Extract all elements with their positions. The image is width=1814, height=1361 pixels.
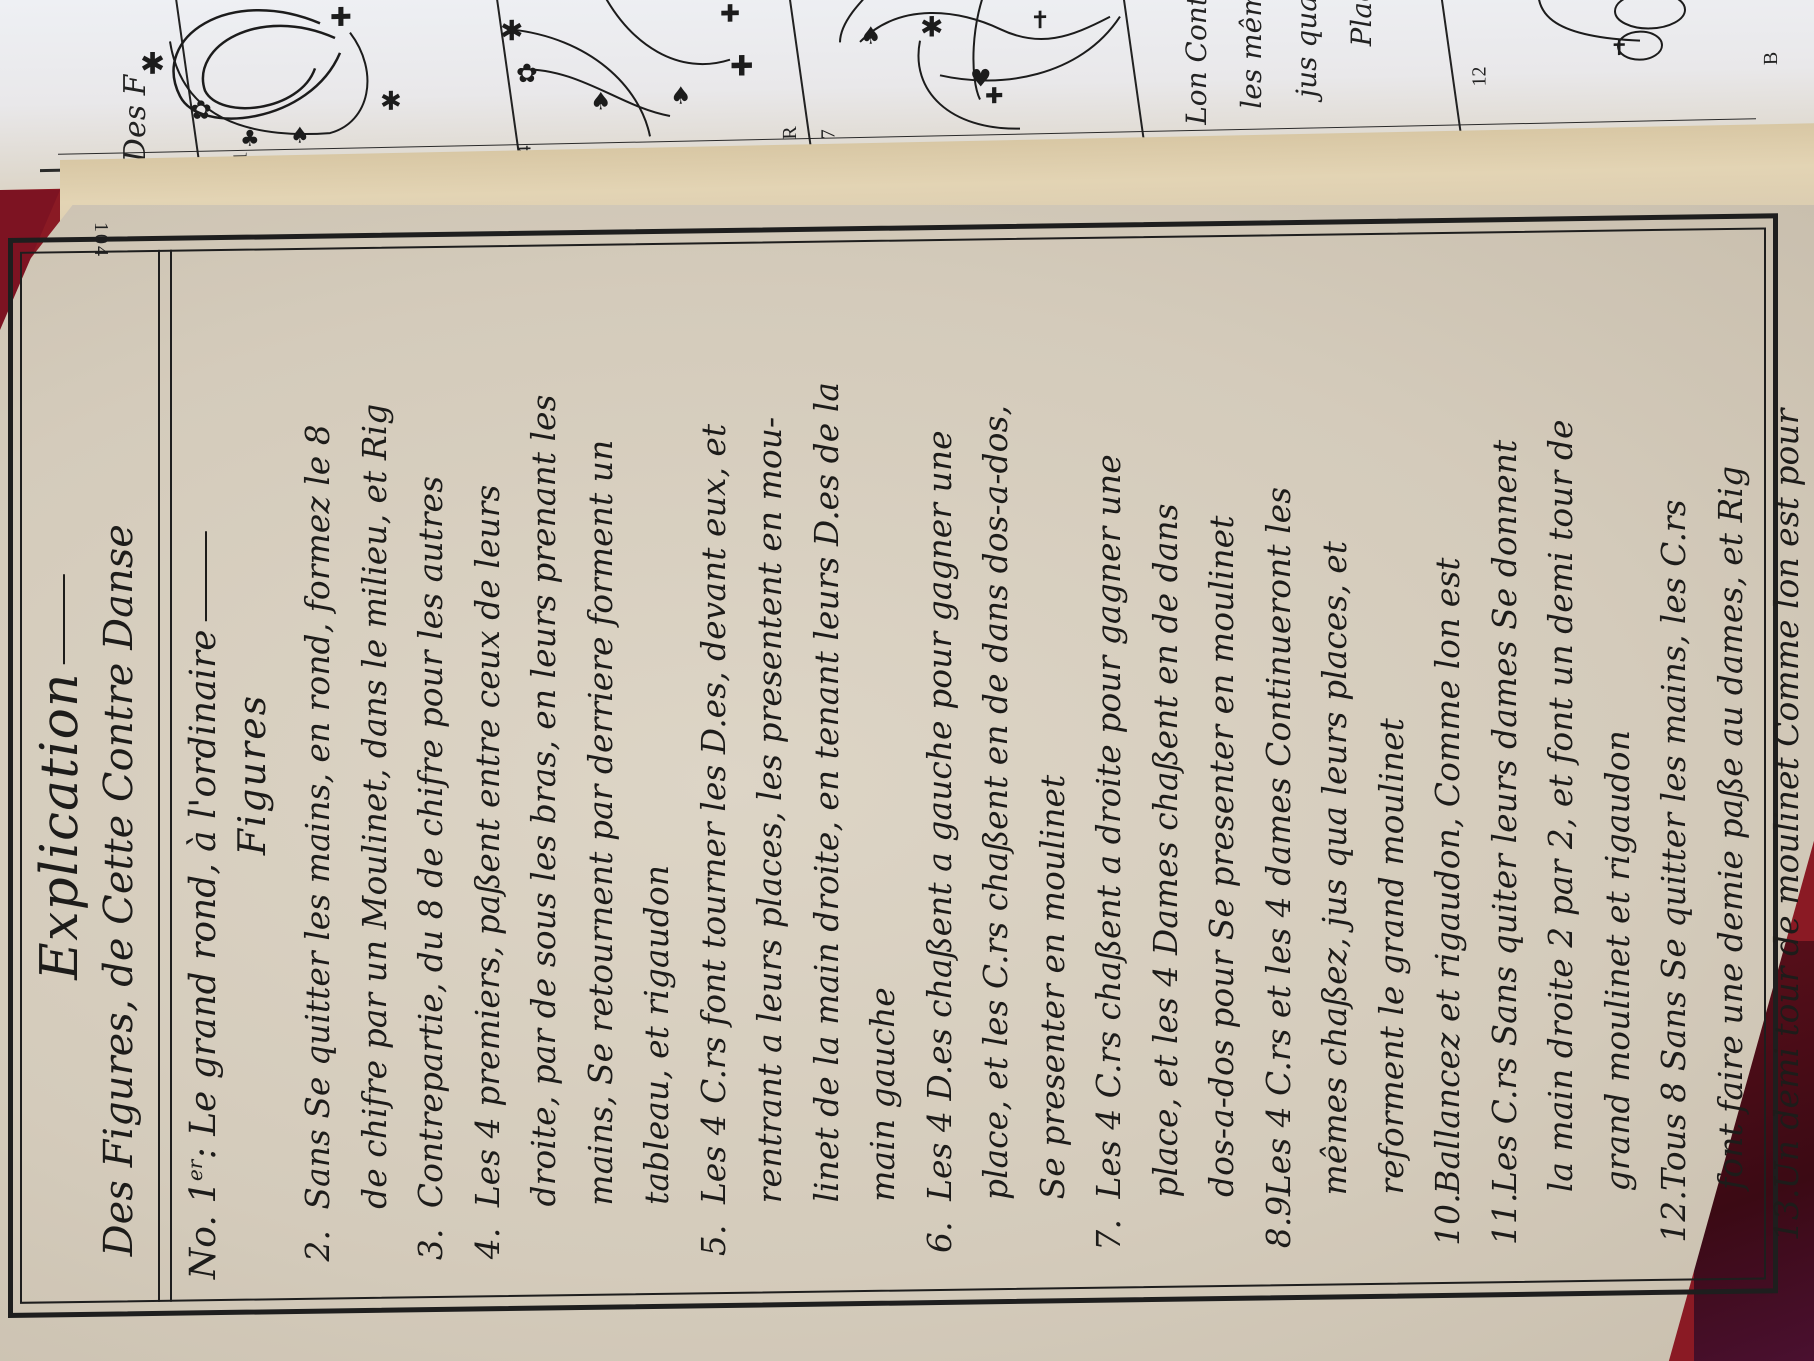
- dancer-heart-icon: ♠: [290, 124, 310, 149]
- page-content-rotated: Explication Des Figures, de Cette Contre…: [8, 213, 1798, 1318]
- dancer-cross-icon: ✚: [720, 0, 740, 28]
- figure-line: place, et les 4 Dames chaßent en de dans: [1138, 239, 1195, 1250]
- dancer-heart-icon: ♣: [240, 127, 260, 152]
- figure-line: 8.9.Les 4 C.rs et les 4 dames Continuero…: [1251, 238, 1308, 1249]
- figure-number: 6.: [912, 1201, 968, 1254]
- dancer-cross-icon: ✚: [330, 3, 352, 33]
- figure-line: reforment le grand moulinet: [1364, 236, 1421, 1247]
- figure-text: Un demi tour de moulinet Comme lon est p…: [1767, 408, 1806, 1189]
- figure-text: grand moulinet et rigaudon: [1598, 730, 1637, 1192]
- figure-line: 5.Les 4 C.rs font tourner les D.es, deva…: [686, 246, 743, 1257]
- figure-text: tableau, et rigaudon: [637, 865, 676, 1206]
- figure-text: Les 4 D.es chaßent a gauche pour gagner …: [920, 430, 959, 1201]
- intro-line: No. 1er: Le grand rond, à l'ordinaire: [183, 531, 224, 1279]
- dancer-cross-icon: ✝: [1030, 6, 1050, 34]
- figure-number: 12.: [1646, 1190, 1702, 1243]
- foldout-text-fragment: Lon Cont: [1180, 0, 1213, 125]
- figures-heading: Figures: [230, 234, 274, 1315]
- figure-number: 4.: [460, 1207, 516, 1260]
- foldout-text-fragment: les même: [1235, 0, 1268, 109]
- figure-line: mêmes chaßez, jus qua leurs places, et: [1307, 237, 1364, 1248]
- figure-text: Ballancez et rigaudon, Comme lon est: [1428, 557, 1467, 1194]
- figure-text: place, et les 4 Dames chaßent en de dans: [1146, 503, 1185, 1198]
- figure-line: 13.Un demi tour de moulinet Comme lon es…: [1759, 231, 1814, 1242]
- dancer-heart-icon: ♠: [590, 87, 612, 115]
- figure-text: mêmes chaßez, jus qua leurs places, et: [1315, 541, 1354, 1196]
- figure-text: linet de la main droite, en tenant leurs…: [807, 382, 846, 1203]
- figure-line: grand moulinet et rigaudon: [1590, 233, 1647, 1244]
- figure-text: Les 4 premiers, paßent entre ceux de leu…: [468, 484, 507, 1207]
- figure-line: mains, Se retournent par derriere formen…: [573, 247, 630, 1258]
- figure-text: la main droite 2 par 2, et font un demi …: [1541, 419, 1580, 1192]
- panel-label-12: 12: [1469, 66, 1492, 86]
- figure-text: mains, Se retournent par derriere formen…: [581, 440, 620, 1206]
- title-separator: [158, 250, 172, 1302]
- figure-line: la main droite 2 par 2, et font un demi …: [1533, 234, 1590, 1245]
- figure-number: 2.: [290, 1209, 346, 1262]
- figure-line: 11.Les C.rs Sans quiter leurs dames Se d…: [1477, 235, 1534, 1246]
- dancer-heart-icon: ♠: [670, 82, 692, 110]
- foldout-text-fragment: Plac: [1345, 0, 1378, 47]
- figure-line: 12.Tous 8 Sans Se quitter les mains, les…: [1646, 232, 1703, 1243]
- figure-line: de chifre par un Moulinet, dans le milie…: [347, 250, 404, 1261]
- figure-text: Les 4 C.rs et les 4 dames Continueront l…: [1259, 487, 1298, 1197]
- figure-number: 11.: [1477, 1193, 1533, 1246]
- figure-line: droite, par de sous les bras, en leurs p…: [516, 248, 573, 1259]
- dancer-heart-icon: ♠: [860, 22, 882, 50]
- foldout-text-fragment: jus qua: [1290, 0, 1323, 98]
- figure-line: 2.Sans Se quitter les mains, en rond, fo…: [290, 251, 347, 1262]
- figure-line: 4.Les 4 premiers, paßent entre ceux de l…: [460, 249, 517, 1260]
- figure-text: font faire une demie paße au dames, et R…: [1711, 466, 1750, 1191]
- dancer-star-icon: ✱: [380, 87, 402, 117]
- figure-text: Les 4 C.rs chaßent a droite pour gagner …: [1089, 454, 1128, 1199]
- dancer-cross-icon: ✚: [985, 84, 1003, 109]
- figure-text: main gauche: [863, 987, 902, 1202]
- figure-line: main gauche: [855, 243, 912, 1254]
- figure-diagram-crossing: [500, 0, 820, 160]
- figure-text: Se presenter en moulinet: [1033, 774, 1072, 1199]
- figure-number: 5.: [686, 1204, 742, 1257]
- figure-line: 7.Les 4 C.rs chaßent a droite pour gagne…: [1081, 240, 1138, 1251]
- dancer-cross-icon: ✝: [1610, 36, 1628, 61]
- figures-list: 2.Sans Se quitter les mains, en rond, fo…: [290, 228, 1814, 1262]
- figure-line: Se presenter en moulinet: [1025, 241, 1082, 1252]
- figure-number: 3.: [403, 1208, 459, 1261]
- dancer-flower-icon: ✿: [190, 96, 212, 126]
- dancer-star-icon: ✱: [500, 14, 523, 47]
- figure-number: 10.: [1420, 1194, 1476, 1247]
- figure-line: linet de la main droite, en tenant leurs…: [799, 244, 856, 1255]
- figure-line: rentrant a leurs places, les presentent …: [742, 245, 799, 1256]
- page-title: Explication: [30, 237, 90, 1318]
- page-subtitle: Des Figures, de Cette Contre Danse: [96, 524, 142, 1257]
- figure-text: Les 4 C.rs font tourner les D.es, devant…: [694, 424, 733, 1205]
- figure-text: droite, par de sous les bras, en leurs p…: [524, 394, 563, 1207]
- figure-text: place, et les C.rs chaßent en de dans do…: [976, 405, 1015, 1201]
- figure-text: dos-a-dos pour Se presenter en moulinet: [1202, 515, 1241, 1197]
- figure-text: Tous 8 Sans Se quitter les mains, les C.…: [1654, 499, 1693, 1191]
- dancer-flower-icon: ✿: [516, 59, 538, 89]
- figure-number: 7.: [1081, 1198, 1137, 1251]
- dancer-star-icon: ✱: [920, 10, 943, 43]
- figure-line: dos-a-dos pour Se presenter en moulinet: [1194, 239, 1251, 1250]
- figure-text: reforment le grand moulinet: [1372, 718, 1411, 1195]
- figure-line: place, et les C.rs chaßent en de dans do…: [968, 242, 1025, 1253]
- dancer-star-icon: ✱: [140, 47, 165, 83]
- figure-line: 10.Ballancez et rigaudon, Comme lon est: [1420, 235, 1477, 1246]
- figure-line: 6.Les 4 D.es chaßent a gauche pour gagne…: [912, 243, 969, 1254]
- figure-text: Sans Se quitter les mains, en rond, form…: [298, 424, 337, 1210]
- figure-text: de chifre par un Moulinet, dans le milie…: [355, 403, 394, 1209]
- figure-line: font faire une demie paße au dames, et R…: [1703, 232, 1760, 1243]
- figure-text: Contrepartie, du 8 de chifre pour les au…: [411, 476, 450, 1209]
- figure-line: tableau, et rigaudon: [629, 247, 686, 1258]
- figure-diagram-ornament: [1520, 0, 1800, 88]
- figure-text: Les C.rs Sans quiter leurs dames Se donn…: [1485, 440, 1524, 1194]
- dancer-cross-icon: ✚: [730, 49, 753, 82]
- figure-line: 3.Contrepartie, du 8 de chifre pour les …: [403, 250, 460, 1261]
- figure-number: 13.: [1759, 1189, 1814, 1242]
- figure-text: rentrant a leurs places, les presentent …: [750, 417, 789, 1204]
- figure-number: 8.9.: [1251, 1196, 1307, 1249]
